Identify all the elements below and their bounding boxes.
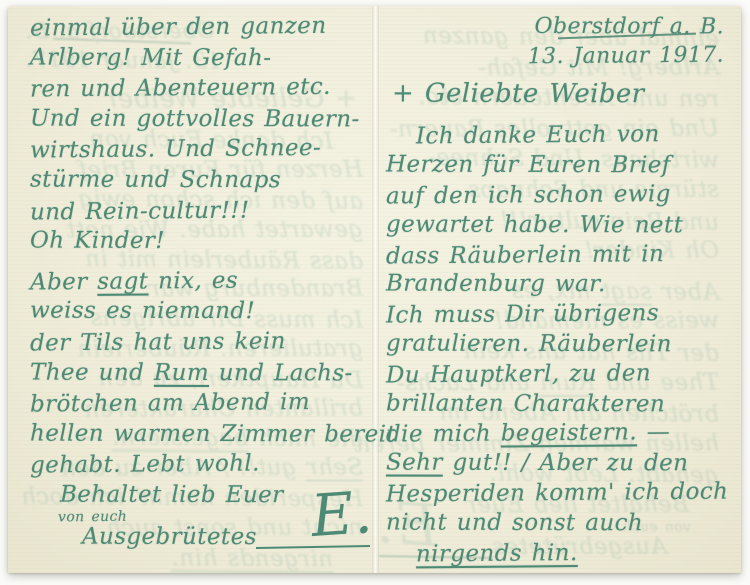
handwriting-line: Thee und Rum und Lachs- [30,357,372,388]
handwriting-line: Du Hauptkerl, zu den [386,358,740,391]
handwriting-line: und Rein-cultur!!! [30,194,372,228]
signature-initial: E. [254,488,373,544]
line-segment: — [637,419,670,445]
handwriting-line: nicht und sonst auch [386,508,740,539]
underlined-word: sagt [97,268,148,294]
left-page: einmal über den ganzen Arlberg! Mit Gefa… [30,12,372,552]
line-segment: gut!! / Aber zu den [443,450,689,477]
line-segment: die mich [386,421,501,448]
signature: E. [256,492,372,552]
handwriting-line: Brandenburg war. [386,270,740,301]
underlined-word: Rum [154,359,209,385]
line-segment: Thee und [30,359,154,385]
handwriting-line: weiss es niemand! [30,296,372,327]
handwriting-line: Und ein gottvolles Bauern- [30,103,372,134]
dateline-date: 13. Januar 1917. [386,40,740,73]
handwriting-line: hellen warmen Zimmer bereit [30,418,372,449]
underlined-word: nirgends hin. [416,540,578,567]
handwriting-line: auf den ich schon ewig [386,179,740,212]
handwriting-line: die mich begeistern. — [386,418,740,451]
right-page: Oberstdorf a. B. 13. Januar 1917. + Geli… [386,12,740,568]
handwriting-line: Hesperiden komm' ich doch [386,477,740,510]
greeting-line: + Geliebte Weiber [392,79,740,110]
handwriting-line: stürme und Schnaps [30,165,372,196]
handwriting-line: Ich danke Euch von [416,120,740,153]
handwriting-line: Sehr gut!! / Aber zu den [386,449,740,480]
line-segment: Aber [30,269,97,296]
underlined-word: begeistern. [501,420,637,447]
handwriting-line: Aber sagt nix, es [30,264,372,298]
handwriting-line: Herzen für Euren Brief [386,151,740,182]
handwriting-line: gratulieren. Räuberlein [386,330,740,361]
handwriting-line: dass Räuberlein mit in [386,239,740,272]
handwriting-line: nirgends hin. [416,537,740,570]
letter-paper: einmal über den ganzen Arlberg! Mit Gefa… [8,6,741,573]
handwriting-line: Arlberg! Mit Gefah- [30,42,372,73]
handwriting-line: der Tils hat uns kein [30,325,372,359]
handwriting-line: Ich muss Dir übrigens [386,299,740,332]
handwriting-line: brötchen am Abend im [30,387,372,421]
center-fold-crease [372,6,379,573]
handwriting-line: gewartet habe. Wie nett [386,210,740,241]
handwriting-line: einmal über den ganzen [30,11,372,45]
underlined-word: Sehr [386,450,443,476]
dateline-place: Oberstdorf a. B. [386,12,740,43]
handwriting-line: Oh Kinder! [30,226,372,257]
letter-scan-photo: einmal über den ganzen Arlberg! Mit Gefa… [0,0,750,585]
line-segment: und Lachs- [209,360,353,386]
line-segment: nix, es [148,267,238,294]
handwriting-line: ren und Abenteuern etc. [30,72,372,106]
handwriting-line: gehabt. Lebt wohl. [30,448,372,482]
handwriting-line: brillanten Charakteren [386,389,740,420]
handwriting-line: wirtshaus. Und Schnee- [30,133,372,167]
